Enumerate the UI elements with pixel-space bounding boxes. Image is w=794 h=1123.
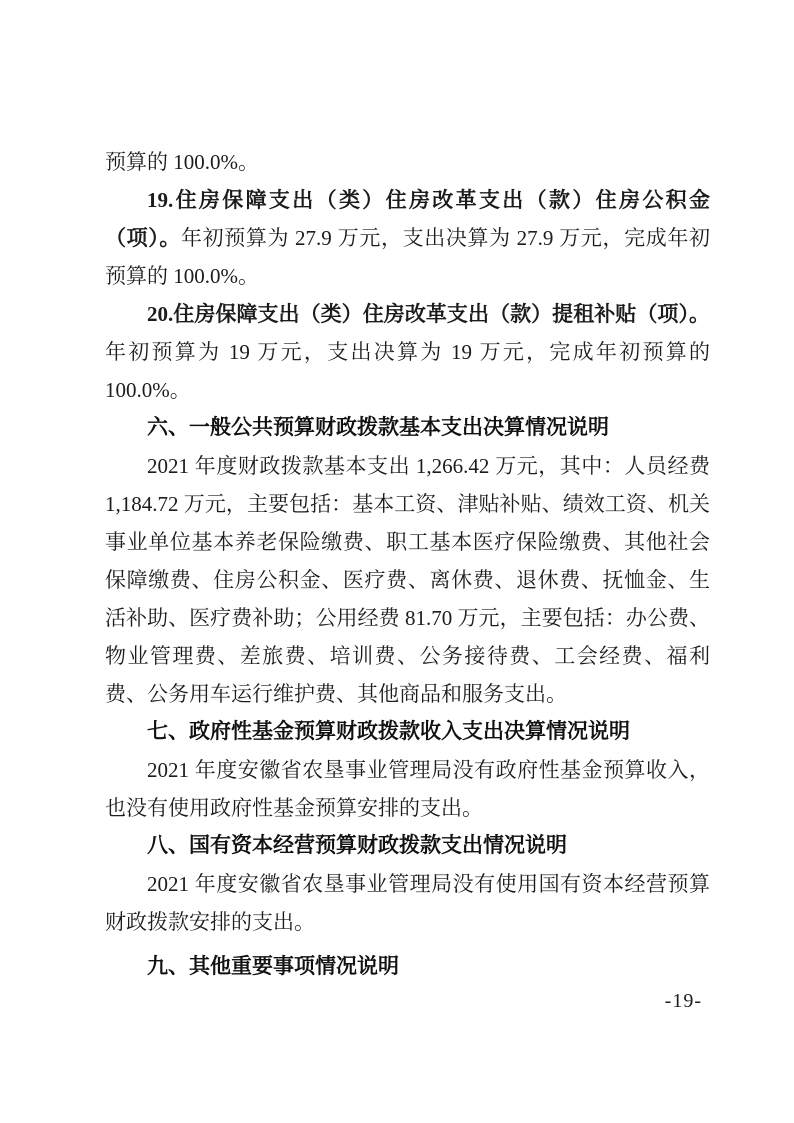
section-heading-8: 八、国有资本经营预算财政拨款支出情况说明: [105, 827, 710, 865]
section-7-paragraph: 2021 年度安徽省农垦事业管理局没有政府性基金预算收入，也没有使用政府性基金预…: [105, 751, 710, 827]
paragraph-continuation: 预算的 100.0%。: [105, 143, 710, 181]
item-20-lead: 20.住房保障支出（类）住房改革支出（款）提租补贴（项）。: [147, 302, 710, 326]
section-8-paragraph: 2021 年度安徽省农垦事业管理局没有使用国有资本经营预算财政拨款安排的支出。: [105, 865, 710, 941]
paragraph-item-20: 20.住房保障支出（类）住房改革支出（款）提租补贴（项）。年初预算为 19 万元…: [105, 295, 710, 409]
document-body: 预算的 100.0%。 19.住房保障支出（类）住房改革支出（款）住房公积金（项…: [105, 143, 710, 986]
item-19-body: 年初预算为 27.9 万元，支出决算为 27.9 万元，完成年初预算的 100.…: [105, 226, 710, 288]
page-number: -19-: [665, 990, 702, 1012]
section-heading-7: 七、政府性基金预算财政拨款收入支出决算情况说明: [105, 713, 710, 751]
section-heading-6: 六、一般公共预算财政拨款基本支出决算情况说明: [105, 409, 710, 447]
section-6-paragraph: 2021 年度财政拨款基本支出 1,266.42 万元，其中：人员经费 1,18…: [105, 447, 710, 713]
item-20-body: 年初预算为 19 万元，支出决算为 19 万元，完成年初预算的 100.0%。: [105, 340, 710, 402]
section-heading-9: 九、其他重要事项情况说明: [105, 948, 710, 986]
paragraph-item-19: 19.住房保障支出（类）住房改革支出（款）住房公积金（项）。年初预算为 27.9…: [105, 181, 710, 295]
document-page: 预算的 100.0%。 19.住房保障支出（类）住房改革支出（款）住房公积金（项…: [0, 0, 794, 1123]
